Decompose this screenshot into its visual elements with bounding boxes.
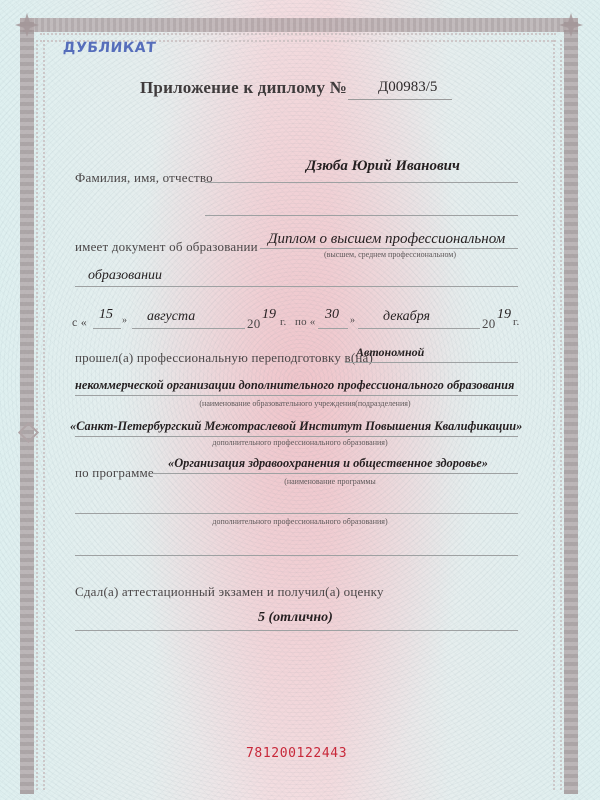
education-label: имеет документ об образовании [75,239,258,255]
org-line3: «Санкт-Петербургский Межотраслевой Инсти… [70,419,522,434]
full-name-line [205,182,518,183]
duplicate-stamp: ДУБЛИКАТ [62,40,156,56]
to-day: 30 [325,307,339,323]
ornamental-border-top [20,18,578,32]
to-close: » [350,315,355,326]
program-hint2: дополнительного профессионального образо… [180,517,420,526]
ornamental-border-right [564,18,578,794]
from-day-line [93,328,121,329]
program-value: «Организация здравоохранения и обществен… [168,456,488,471]
education-value-line2: образовании [88,268,162,284]
to-year: 19 [497,307,511,323]
to-prefix: по « [295,316,315,328]
org-line2: некоммерческой организации дополнительно… [75,378,514,393]
to-month-line [358,328,480,329]
ornamental-border-left [20,18,34,794]
grade-line [75,630,518,631]
to-year-prefix: 20 [482,316,495,332]
exam-label: Сдал(а) аттестационный экзамен и получил… [75,584,384,600]
to-year-suffix: г. [513,316,519,328]
from-close: » [122,315,127,326]
full-name-label: Фамилия, имя, отчество [75,170,213,186]
retraining-label: прошел(а) профессиональную переподготовк… [75,350,373,366]
full-name-value: Дзюба Юрий Иванович [306,158,460,175]
program-line-3 [75,555,518,556]
to-month: декабря [383,309,430,325]
diploma-number-line [348,99,452,100]
grade-value: 5 (отлично) [258,610,333,626]
org-hint: (наименование образовательного учреждени… [150,399,460,408]
diploma-number: Д00983/5 [378,79,437,96]
full-name-line-2 [205,215,518,216]
org-line3-underline [75,436,518,437]
from-year: 19 [262,307,276,323]
serial-number: 781200122443 [246,746,347,761]
diploma-supplement-page: ДУБЛИКАТ Приложение к диплому № Д00983/5… [0,0,600,800]
org-line1: Автономной [356,345,424,360]
document-title: Приложение к диплому № [140,78,347,98]
rope-ornament-left [36,40,45,790]
education-hint: (высшем, среднем профессиональном) [300,250,480,259]
education-line-2 [75,286,518,287]
retraining-line [345,362,518,363]
from-year-prefix: 20 [247,316,260,332]
from-month-line [132,328,245,329]
from-month: августа [147,309,195,325]
education-line [260,248,518,249]
education-value-line1: Диплом о высшем профессиональном [268,231,505,248]
program-line-2 [75,513,518,514]
from-day: 15 [99,307,113,323]
program-hint: (наименование программы [260,477,400,486]
program-label: по программе [75,465,154,481]
program-line [150,473,518,474]
rope-ornament-right [553,40,562,790]
org-line2-underline [75,395,518,396]
to-day-line [318,328,348,329]
from-year-suffix: г. [280,316,286,328]
from-prefix: с « [72,315,87,330]
org-hint2: дополнительного профессионального образо… [180,438,420,447]
